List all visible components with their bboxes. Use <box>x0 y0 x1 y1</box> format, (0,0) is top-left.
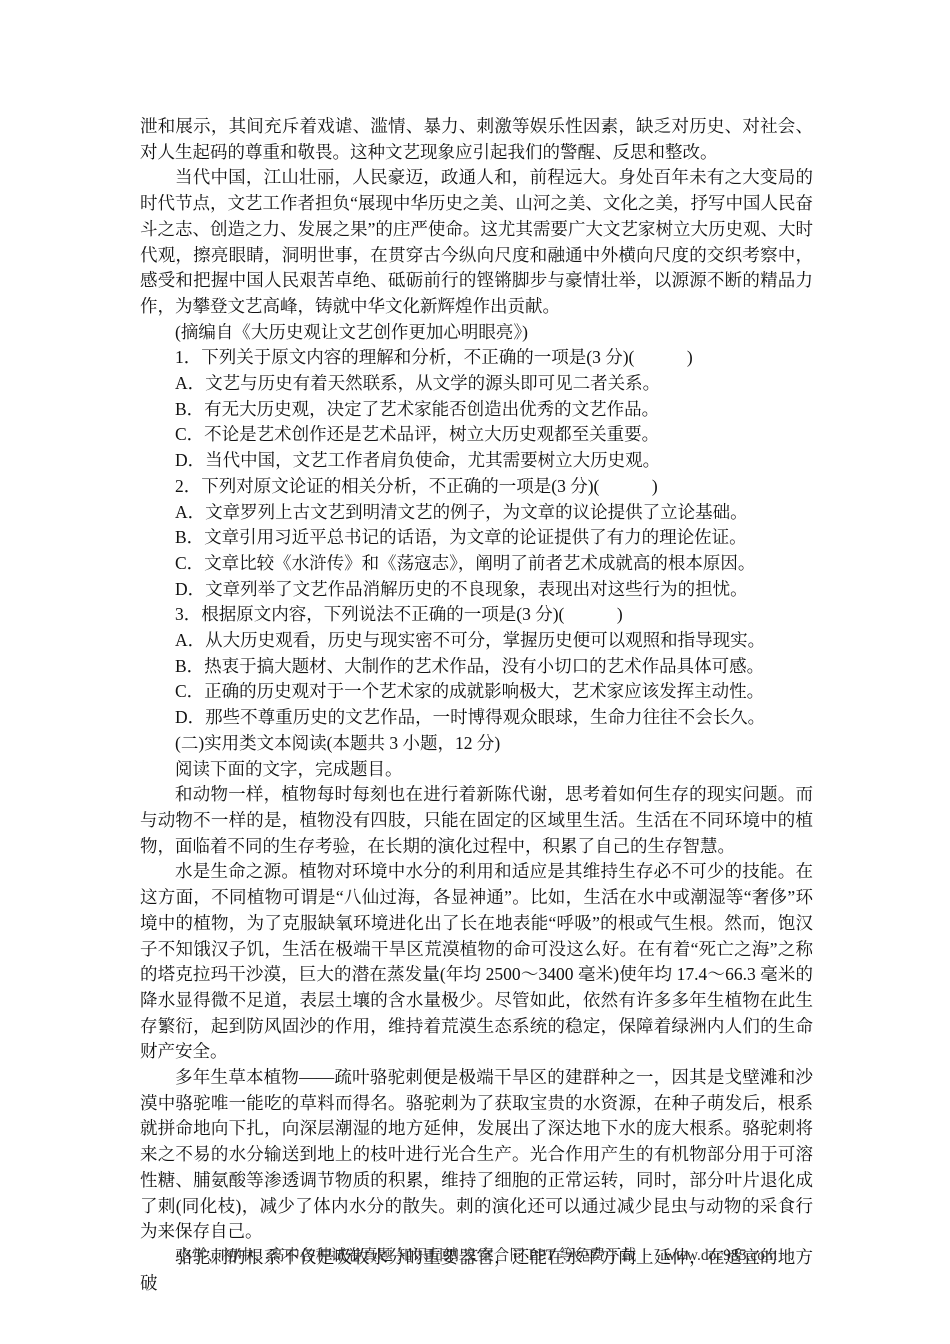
question-2-option-b: B．文章引用习近平总书记的话语，为文章的论证提供了有力的理论佐证。 <box>140 525 813 551</box>
question-2-option-d: D．文章列举了文艺作品消解历史的不良现象，表现出对这些行为的担忧。 <box>140 577 813 603</box>
section2-paragraph-2: 水是生命之源。植物对环境中水分的利用和适应是其维持生存必不可少的技能。在这方面，… <box>140 859 813 1065</box>
question-1-stem: 1．下列关于原文内容的理解和分析，不正确的一项是(3 分)( ) <box>140 345 813 371</box>
question-2: 2．下列对原文论证的相关分析，不正确的一项是(3 分)( ) A．文章罗列上古文… <box>140 474 813 603</box>
page-footer: 小学、初中、高中各种试卷真题 知识归纳 文案合同 PPT 等免费下载 www.d… <box>140 1243 813 1265</box>
passage1-continuation-paragraph: 泄和展示，其间充斥着戏谑、滥情、暴力、刺激等娱乐性因素，缺乏对历史、对社会、对人… <box>140 114 813 165</box>
question-3-option-d: D．那些不尊重历史的文艺作品，一时博得观众眼球，生命力往往不会长久。 <box>140 705 813 731</box>
question-2-option-a: A．文章罗列上古文艺到明清文艺的例子，为文章的议论提供了立论基础。 <box>140 500 813 526</box>
question-2-stem: 2．下列对原文论证的相关分析，不正确的一项是(3 分)( ) <box>140 474 813 500</box>
passage1-paragraph: 当代中国，江山壮丽，人民豪迈，政通人和，前程远大。身处百年未有之大变局的时代节点… <box>140 165 813 319</box>
question-1-option-d: D．当代中国，文艺工作者肩负使命，尤其需要树立大历史观。 <box>140 448 813 474</box>
question-3-option-a: A．从大历史观看，历史与现实密不可分，掌握历史便可以观照和指导现实。 <box>140 628 813 654</box>
question-3-option-c: C．正确的历史观对于一个艺术家的成就影响极大，艺术家应该发挥主动性。 <box>140 679 813 705</box>
exam-document-page: 泄和展示，其间充斥着戏谑、滥情、暴力、刺激等娱乐性因素，缺乏对历史、对社会、对人… <box>0 0 950 1344</box>
question-2-option-c: C．文章比较《水浒传》和《荡寇志》，阐明了前者艺术成就高的根本原因。 <box>140 551 813 577</box>
question-1: 1．下列关于原文内容的理解和分析，不正确的一项是(3 分)( ) A．文艺与历史… <box>140 345 813 474</box>
question-3-stem: 3．根据原文内容，下列说法不正确的一项是(3 分)( ) <box>140 602 813 628</box>
question-1-option-b: B．有无大历史观，决定了艺术家能否创造出优秀的文艺作品。 <box>140 397 813 423</box>
section2-paragraph-1: 和动物一样，植物每时每刻也在进行着新陈代谢，思考着如何生存的现实问题。而与动物不… <box>140 782 813 859</box>
question-3-option-b: B．热衷于搞大题材、大制作的艺术作品，没有小切口的艺术作品具体可感。 <box>140 654 813 680</box>
footer-promo-text: 小学、初中、高中各种试卷真题 知识归纳 文案合同 PPT 等免费下载 <box>176 1243 636 1265</box>
passage1-citation: (摘编自《大历史观让文艺创作更加心明眼亮》) <box>140 320 813 346</box>
section2-instruction: 阅读下面的文字，完成题目。 <box>140 757 813 783</box>
question-1-option-c: C．不论是艺术创作还是艺术品评，树立大历史观都至关重要。 <box>140 422 813 448</box>
section2-header: (二)实用类文本阅读(本题共 3 小题，12 分) <box>140 731 813 757</box>
footer-site-url: www.doc985.com <box>664 1247 777 1265</box>
question-3: 3．根据原文内容，下列说法不正确的一项是(3 分)( ) A．从大历史观看，历史… <box>140 602 813 731</box>
page-content: 泄和展示，其间充斥着戏谑、滥情、暴力、刺激等娱乐性因素，缺乏对历史、对社会、对人… <box>140 114 813 1296</box>
section2-paragraph-3: 多年生草本植物——疏叶骆驼刺便是极端干旱区的建群种之一，因其是戈壁滩和沙漠中骆驼… <box>140 1065 813 1245</box>
question-1-option-a: A．文艺与历史有着天然联系，从文学的源头即可见二者关系。 <box>140 371 813 397</box>
